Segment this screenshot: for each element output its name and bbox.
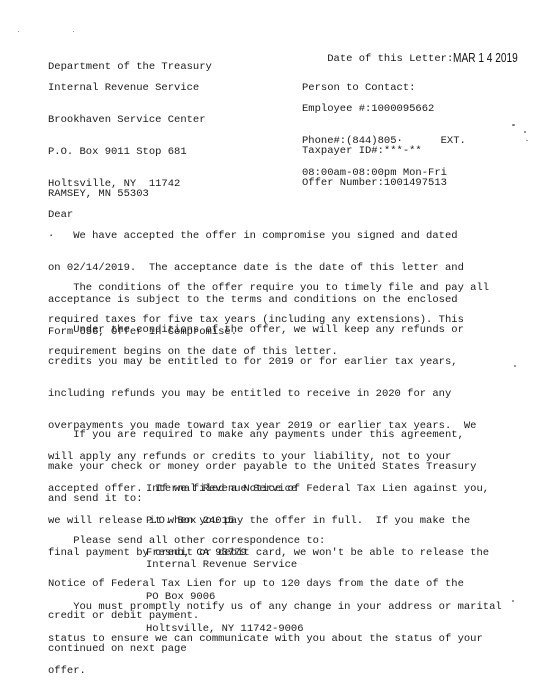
scan-speck bbox=[512, 124, 515, 126]
continued-notice: continued on next page bbox=[48, 623, 187, 676]
scan-speck bbox=[18, 31, 19, 32]
continued-on-next-page: continued on next page bbox=[48, 644, 187, 655]
paragraph-line: You must promptly notify us of any chang… bbox=[48, 602, 502, 613]
employee-number: Employee #:1000095662 bbox=[302, 104, 466, 115]
paragraph-line: credits you may be entitled to for 2019 … bbox=[48, 357, 489, 368]
taxpayer-id: Taxpayer ID#:***-** bbox=[302, 146, 447, 157]
scan-speck bbox=[524, 131, 526, 133]
sender-address-line: Internal Revenue Service bbox=[48, 83, 206, 94]
letter-page: Department of the Treasury Internal Reve… bbox=[0, 0, 536, 700]
scan-speck bbox=[73, 31, 74, 32]
paragraph-line: Under the conditions of the offer, we wi… bbox=[48, 325, 489, 336]
date-stamp: MAR 1 4 2019 bbox=[453, 53, 518, 64]
paragraph-line: including refunds you may be entitled to… bbox=[48, 389, 489, 400]
paragraph-line: If you are required to make any payments… bbox=[48, 430, 476, 441]
scan-speck bbox=[512, 600, 514, 602]
payment-address-line: Internal Revenue Service bbox=[146, 484, 297, 495]
sender-address-line: P.O. Box 9011 Stop 681 bbox=[48, 147, 206, 158]
sender-address-line: Brookhaven Service Center bbox=[48, 115, 206, 126]
paragraph-line: · We have accepted the offer in compromi… bbox=[48, 231, 464, 242]
scan-speck bbox=[526, 140, 528, 141]
correspondence-address-line: Internal Revenue Service bbox=[146, 560, 304, 571]
scan-speck bbox=[514, 365, 516, 367]
paragraph-line: The conditions of the offer require you … bbox=[48, 283, 489, 294]
taxpayer-details: Taxpayer ID#:***-** Offer Number:1001497… bbox=[302, 125, 447, 210]
offer-number: Offer Number:1001497513 bbox=[302, 178, 447, 189]
